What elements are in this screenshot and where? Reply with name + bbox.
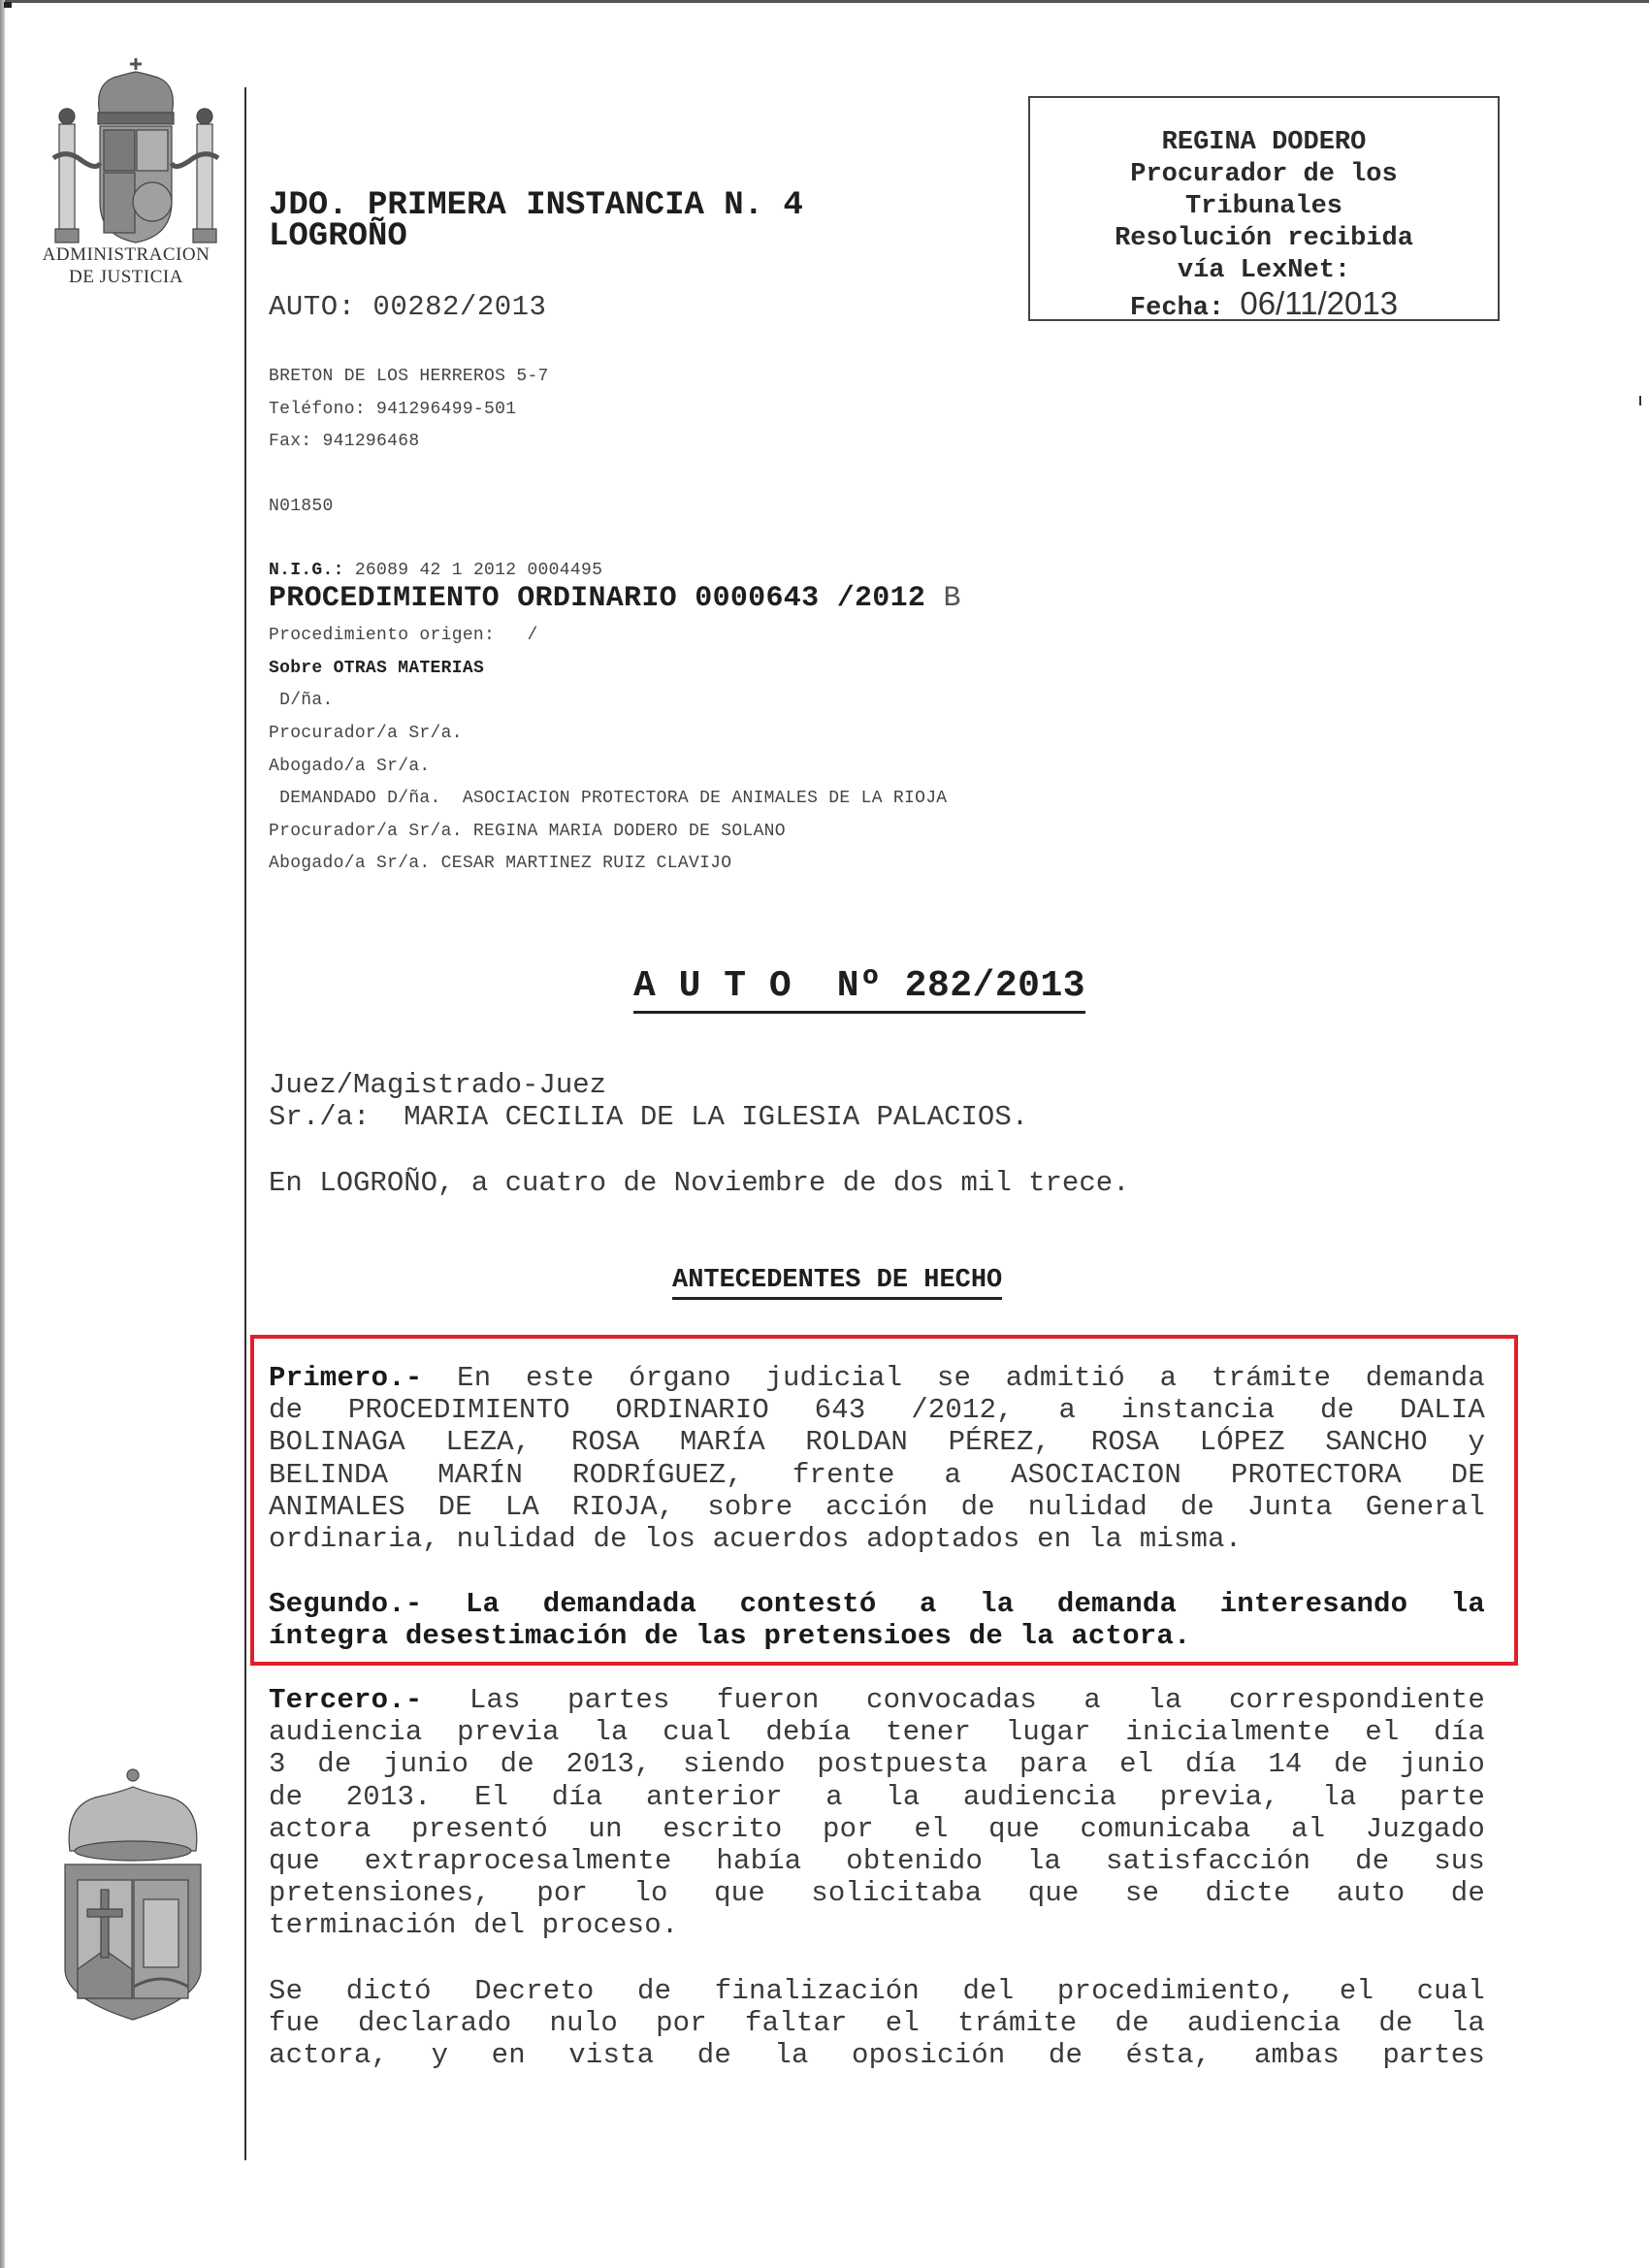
subject-value: OTRAS MATERIAS: [334, 659, 484, 678]
party-line: Procurador/a Sr/a.: [269, 724, 463, 743]
scan-edge-top: [0, 0, 1649, 3]
paragraph-line: de PROCEDIMIENTO ORDINARIO 643 /2012, a …: [269, 1394, 1485, 1426]
section-heading: ANTECEDENTES DE HECHO: [672, 1266, 1002, 1300]
paragraph-line: BOLINAGA LEZA, ROSA MARÍA ROLDAN PÉREZ, …: [269, 1426, 1485, 1458]
procedure-number: PROCEDIMIENTO ORDINARIO 0000643 /2012: [269, 582, 925, 615]
party-line: Abogado/a Sr/a. CESAR MARTINEZ RUIZ CLAV…: [269, 854, 731, 873]
spain-coat-of-arms-icon: [44, 56, 228, 250]
crest-caption-line1: ADMINISTRACION: [29, 244, 223, 266]
party-line: Procurador/a Sr/a. REGINA MARIA DODERO D…: [269, 822, 786, 841]
paragraph-line: ANIMALES DE LA RIOJA, sobre acción de nu…: [269, 1491, 1485, 1523]
paragraph-line: fue declarado nulo por faltar el trámite…: [269, 2007, 1485, 2039]
scan-speck: [1639, 396, 1641, 405]
paragraph-line: actora, y en vista de la oposición de és…: [269, 2039, 1485, 2071]
paragraph-segundo: Segundo.- La demandada contestó a la dem…: [269, 1588, 1485, 1652]
party-line: DEMANDADO D/ña. ASOCIACION PROTECTORA DE…: [269, 789, 947, 808]
crest-caption-line2: DE JUSTICIA: [29, 267, 223, 288]
resolution-title: A U T O Nº 282/2013: [633, 965, 1085, 1014]
paragraph-line: ordinaria, nulidad de los acuerdos adopt…: [269, 1523, 1485, 1555]
party-line: Abogado/a Sr/a.: [269, 757, 431, 776]
margin-rule: [244, 87, 246, 2160]
paragraph-tercero: Tercero.- Las partes fueron convocadas a…: [269, 1684, 1485, 1942]
scan-edge-left: [0, 0, 5, 2268]
stamp-line: REGINA DODERO: [1030, 127, 1498, 159]
court-phone: Teléfono: 941296499-501: [269, 400, 516, 419]
paragraph-line: Se dictó Decreto de finalización del pro…: [269, 1975, 1485, 2007]
procedure-title: PROCEDIMIENTO ORDINARIO 0000643 /2012 B: [269, 582, 961, 615]
stamp-line: Procurador de los: [1030, 159, 1498, 191]
paragraph-line: pretensiones, por lo que solicitaba que …: [269, 1877, 1485, 1909]
judge-role: Juez/Magistrado-Juez: [269, 1069, 606, 1101]
paragraph-line: BELINDA MARÍN RODRÍGUEZ, frente a ASOCIA…: [269, 1459, 1485, 1491]
paragraph-line: que extraprocesalmente había obtenido la…: [269, 1845, 1485, 1877]
auto-reference: AUTO: 00282/2013: [269, 291, 546, 323]
party-line: D/ña.: [269, 691, 334, 710]
lexnet-receipt-stamp: REGINA DODERO Procurador de los Tribunal…: [1028, 96, 1500, 321]
procedure-letter: B: [944, 582, 961, 615]
paragraph-line: Segundo.- La demandada contestó a la dem…: [269, 1588, 1485, 1620]
paragraph-line: íntegra desestimación de las pretensioes…: [269, 1620, 1485, 1652]
stamp-line: vía LexNet:: [1030, 255, 1498, 287]
court-line2: LOGROÑO: [269, 218, 407, 255]
procedure-origin: Procedimiento origen: /: [269, 626, 538, 645]
paragraph-line: de 2013. El día anterior a la audiencia …: [269, 1781, 1485, 1813]
court-address: BRETON DE LOS HERREROS 5-7: [269, 367, 549, 386]
stamp-date-value: 06/11/2013: [1240, 285, 1398, 321]
paragraph-line: Las partes fueron convocadas a la corres…: [422, 1684, 1485, 1716]
la-rioja-coat-of-arms-icon: [60, 1766, 206, 2042]
nig-row: N.I.G.: 26089 42 1 2012 0004495: [269, 561, 602, 580]
stamp-line: Resolución recibida: [1030, 223, 1498, 255]
paragraph-line: audiencia previa la cual debía tener lug…: [269, 1716, 1485, 1748]
subject-label: Sobre: [269, 659, 323, 678]
paragraph-line: terminación del proceso.: [269, 1909, 1485, 1941]
court-fax: Fax: 941296468: [269, 432, 419, 451]
judge-name: Sr./a: MARIA CECILIA DE LA IGLESIA PALAC…: [269, 1101, 1028, 1133]
court-name: JDO. PRIMERA INSTANCIA N. 4 LOGROÑO: [269, 190, 803, 252]
stamp-date-label: Fecha:: [1130, 294, 1224, 323]
court-code: N01850: [269, 497, 334, 516]
paragraph-line: actora presentó un escrito por el que co…: [269, 1813, 1485, 1845]
paragraph-lead: Tercero.-: [269, 1684, 422, 1716]
scan-corner-mark: [4, 2, 12, 8]
paragraph-decreto: Se dictó Decreto de finalización del pro…: [269, 1975, 1485, 2072]
paragraph-primero: Primero.- En este órgano judicial se adm…: [269, 1362, 1485, 1555]
place-date: En LOGROÑO, a cuatro de Noviembre de dos…: [269, 1167, 1130, 1199]
paragraph-lead: Primero.-: [269, 1362, 422, 1394]
nig-label: N.I.G.:: [269, 561, 344, 580]
subject-row: Sobre OTRAS MATERIAS: [269, 659, 484, 678]
paragraph-line: 3 de junio de 2013, siendo postpuesta pa…: [269, 1748, 1485, 1780]
stamp-line: Tribunales: [1030, 191, 1498, 223]
paragraph-line: En este órgano judicial se admitió a trá…: [422, 1362, 1485, 1394]
nig-value: 26089 42 1 2012 0004495: [355, 561, 602, 580]
